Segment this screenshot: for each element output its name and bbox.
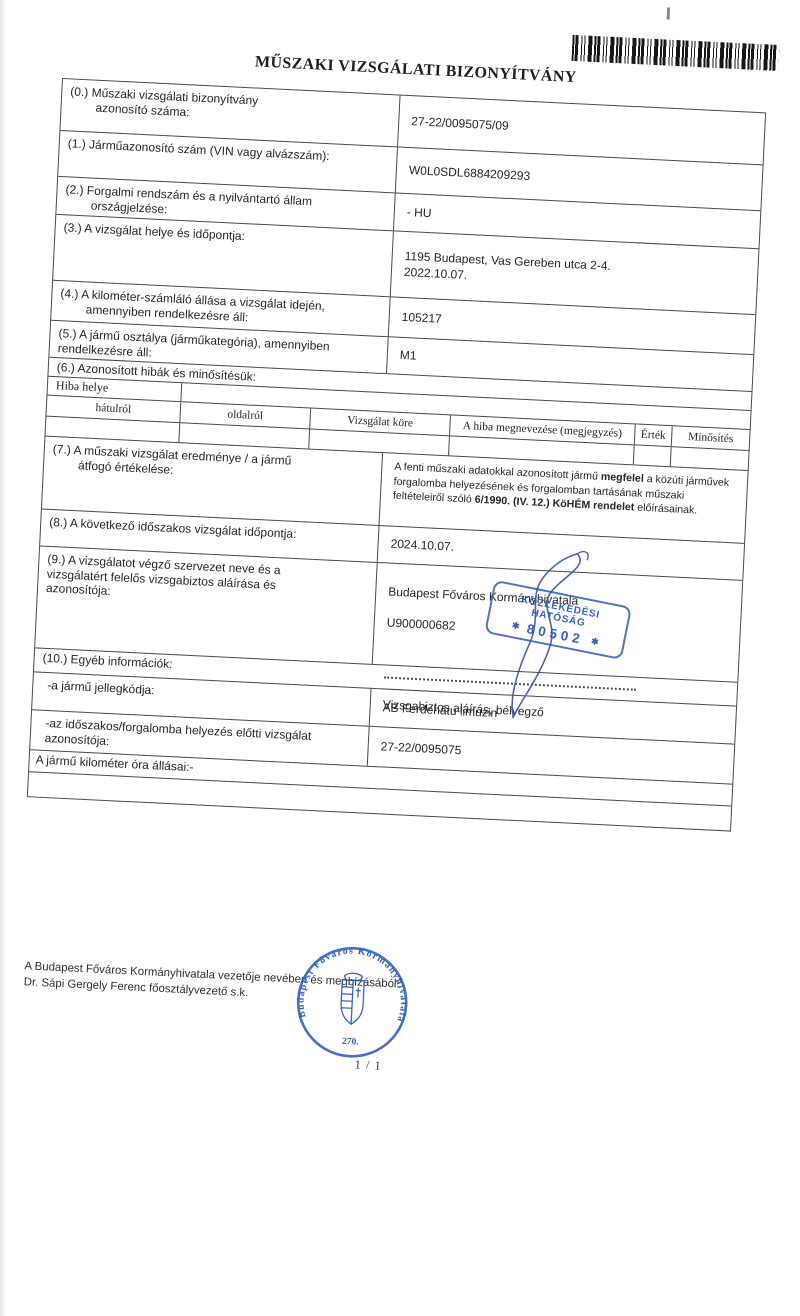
defect-empty-cell (671, 447, 749, 470)
defect-col-header: Érték (635, 424, 673, 446)
result-text-bold: megfelel (601, 471, 645, 485)
stamp-number: 270. (342, 1037, 359, 1048)
defect-empty-cell (634, 445, 672, 466)
scan-left-edge (0, 0, 7, 1316)
certificate-table: (0.) Műszaki vizsgálati bizonyítvány azo… (27, 78, 766, 832)
field-label: (9.) A vizsgálatot végző szervezet neve … (35, 546, 378, 663)
red-mark-icon (667, 7, 671, 19)
result-text: előírásainak. (634, 502, 698, 517)
signature-scribble-icon (489, 544, 598, 734)
scanned-certificate-page: MŰSZAKI VIZSGÁLATI BIZONYÍTVÁNY (0.) Műs… (0, 0, 800, 1316)
coat-of-arms-icon (340, 973, 364, 1025)
barcode-icon (571, 35, 779, 71)
footer-signature-block: A Budapest Főváros Kormányhivatala vezet… (23, 959, 494, 1014)
round-stamp-seal: Budapest Főváros Kormányhivatala 270. (291, 942, 413, 1064)
defect-col-header: Minősítés (672, 426, 750, 450)
document: MŰSZAKI VIZSGÁLATI BIZONYÍTVÁNY (0.) Műs… (62, 78, 766, 112)
